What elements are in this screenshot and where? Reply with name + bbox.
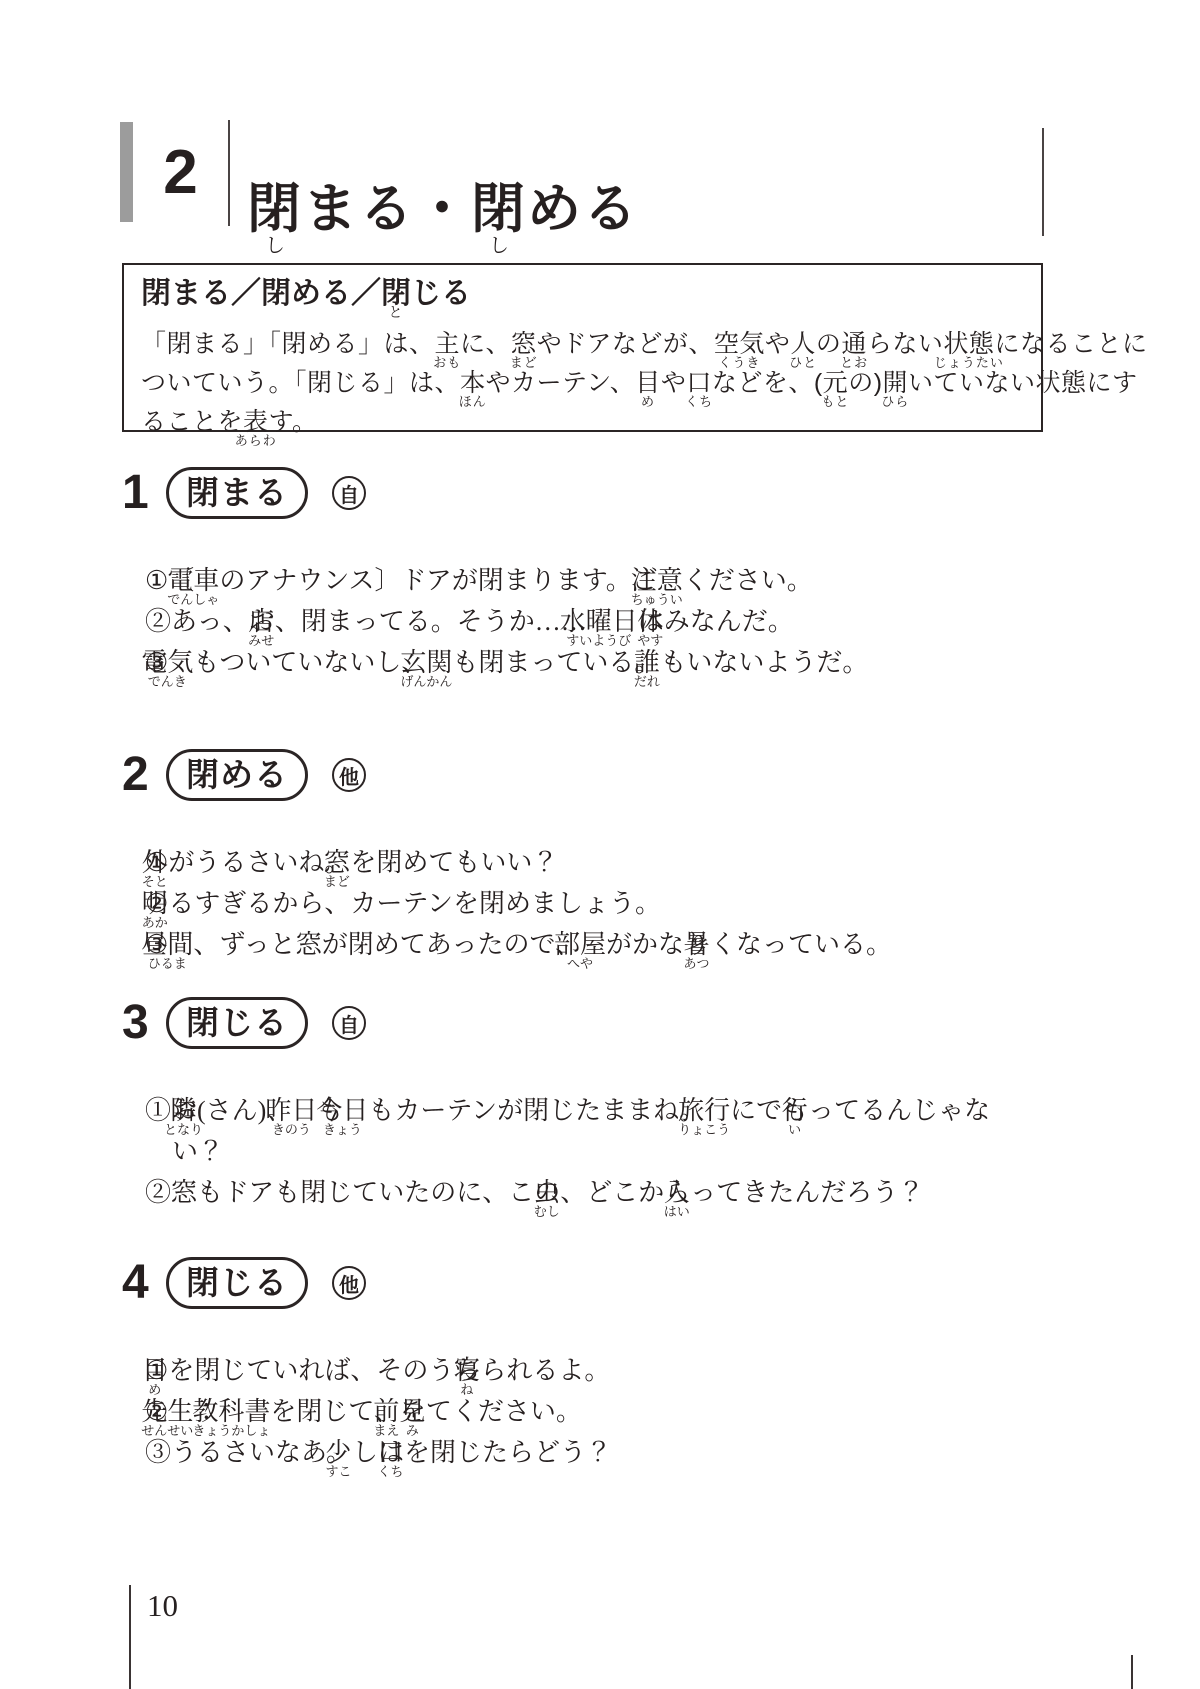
section-header: 2 閉める 他 [122, 748, 1047, 802]
verb-type-badge: 他 [332, 758, 366, 792]
textbook-page: 2 閉しまる・閉しめる 閉まる／閉める／閉とじる 「閉まる」「閉める」は、主おも… [0, 0, 1200, 1689]
furigana: くうき [718, 356, 760, 369]
example-sentence: ③電気でんきもついていないし、玄関げんかんも閉まっている。誰だれもいないようだ。 [145, 642, 1017, 683]
ruby-group: 人ひと [790, 325, 816, 364]
furigana: ちゅうい [658, 593, 683, 606]
furigana: きょう [350, 1123, 362, 1136]
section-number: 2 [122, 748, 166, 802]
ruby-group: 状態じょうたい [943, 325, 994, 364]
example-sentence: ②窓もドアも閉じていたのに、この虫むし、どこから入はいってきたんだろう？ [145, 1172, 1017, 1213]
section-header: 3 閉じる 自 [122, 996, 1047, 1050]
ruby-group: 昨日きのう [292, 1090, 317, 1131]
verb-section: 2 閉める 他 ①外そとがうるさいね。窓まどを閉めてもいい？②明あかるすぎるから… [122, 748, 1047, 965]
example-sentence: ①お隣となり(さん)、昨日きのうも今日きょうもカーテンが閉じたままね。旅行りょこ… [145, 1090, 1017, 1172]
section-header: 1 閉まる 自 [122, 466, 1047, 520]
furigana: せんせい [168, 1424, 193, 1437]
ruby-group: 水曜日すいようび [587, 601, 638, 642]
furigana: じょうたい [934, 356, 1004, 369]
example-sentence: ③うるさいなあ。少すこしは口くちを閉じたらどう？ [145, 1432, 1017, 1473]
furigana: ひるま [175, 957, 187, 970]
sentence-list: ①目めを閉じていれば、そのうち寝ねられるよ。②先生せんせい：教科書きょうかしょを… [145, 1350, 1017, 1473]
furigana: きのう [299, 1123, 311, 1136]
example-sentence: ①〔電車でんしゃのアナウンス〕ドアが閉まります。ご注意ちゅういください。 [145, 560, 1017, 601]
furigana: となり [191, 1123, 203, 1136]
ruby-group: 閉し [471, 158, 527, 260]
furigana: ほん [459, 395, 487, 408]
ruby-group: 表あらわ [243, 403, 269, 442]
furigana: まど [510, 356, 538, 369]
headword: 閉じる [166, 1257, 308, 1309]
verb-type-badge: 他 [332, 1266, 366, 1300]
ruby-group: 目め [635, 364, 661, 403]
headword: 閉まる [166, 467, 308, 519]
furigana: ひら [881, 395, 909, 408]
ruby-group: 空気くうき [714, 325, 765, 364]
furigana: め [641, 395, 655, 408]
furigana: し [265, 240, 285, 253]
example-sentence: ②あっ、お店みせ、閉まってる。そうか……水曜日すいようびは休やすみなんだ。 [145, 601, 1017, 642]
summary-box: 閉まる／閉める／閉とじる 「閉まる」「閉める」は、主おもに、窓まどやドアなどが、… [122, 263, 1043, 432]
sentence-list: ①〔電車でんしゃのアナウンス〕ドアが閉まります。ご注意ちゅういください。②あっ、… [145, 560, 1017, 683]
unit-title: 閉しまる・閉しめる [247, 158, 639, 260]
ruby-group: 閉し [247, 158, 303, 260]
section-number: 1 [122, 466, 166, 520]
summary-heading: 閉まる／閉める／閉とじる [141, 276, 1025, 312]
summary-line: ついていう。「閉じる」は、本ほんやカーテン、目めや口くちなどを、(元もとの)開ひ… [141, 364, 1025, 403]
ruby-group: 電気でんき [168, 642, 193, 683]
ruby-group: 閉と [381, 276, 411, 312]
furigana: げんかん [427, 675, 452, 688]
page-number: 10 [147, 1588, 178, 1624]
section-number: 3 [122, 996, 166, 1050]
ruby-group: 口くち [686, 364, 712, 403]
furigana: もと [821, 395, 849, 408]
verb-section: 1 閉まる 自 ①〔電車でんしゃのアナウンス〕ドアが閉まります。ご注意ちゅういく… [122, 466, 1047, 683]
ruby-group: 通とお [841, 325, 867, 364]
ruby-group: 電車でんしゃ [194, 560, 219, 601]
summary-body: 「閉まる」「閉める」は、主おもに、窓まどやドアなどが、空気くうきや人ひとの通とお… [141, 325, 1025, 442]
furigana: りょこう [705, 1123, 730, 1136]
unit-number: 2 [133, 122, 228, 224]
verb-section: 3 閉じる 自 ①お隣となり(さん)、昨日きのうも今日きょうもカーテンが閉じたま… [122, 996, 1047, 1213]
ruby-group: 玄関げんかん [427, 642, 452, 683]
section-number: 4 [122, 1256, 166, 1310]
furigana: し [489, 240, 509, 253]
header-divider [228, 120, 230, 226]
example-sentence: ①外そとがうるさいね。窓まどを閉めてもいい？ [145, 842, 1017, 883]
ruby-group: 開ひら [883, 364, 909, 403]
furigana: でんしゃ [194, 593, 219, 606]
ruby-group: 旅行りょこう [705, 1090, 730, 1131]
summary-line: 「閉まる」「閉める」は、主おもに、窓まどやドアなどが、空気くうきや人ひとの通とお… [141, 325, 1025, 364]
furigana: おも [433, 356, 461, 369]
footer-rule [129, 1585, 131, 1689]
unit-accent-bar [120, 122, 133, 222]
furigana: あらわ [235, 434, 277, 447]
ruby-group: 部屋へや [581, 924, 606, 965]
example-sentence: ②先生せんせい：教科書きょうかしょを閉じて、前まえを見みてください。 [145, 1391, 1017, 1432]
ruby-group: 先生せんせい [168, 1391, 193, 1432]
verb-type-badge: 自 [332, 1006, 366, 1040]
ruby-group: 元もと [823, 364, 849, 403]
bottom-right-rule [1131, 1655, 1133, 1689]
sentence-list: ①お隣となり(さん)、昨日きのうも今日きょうもカーテンが閉じたままね。旅行りょこ… [145, 1090, 1017, 1213]
verb-section: 4 閉じる 他 ①目めを閉じていれば、そのうち寝ねられるよ。②先生せんせい：教科… [122, 1256, 1047, 1473]
ruby-group: 今日きょう [343, 1090, 368, 1131]
ruby-group: 昼間ひるま [168, 924, 193, 965]
ruby-group: 本ほん [460, 364, 486, 403]
example-sentence: ①目めを閉じていれば、そのうち寝ねられるよ。 [145, 1350, 1017, 1391]
section-header: 4 閉じる 他 [122, 1256, 1047, 1310]
furigana: きょうかしょ [219, 1424, 270, 1437]
ruby-group: 教科書きょうかしょ [219, 1391, 270, 1432]
verb-type-badge: 自 [332, 476, 366, 510]
headword: 閉じる [166, 997, 308, 1049]
furigana: でんき [175, 675, 187, 688]
furigana: ひと [789, 356, 817, 369]
furigana: すいようび [593, 634, 631, 647]
ruby-group: 主おも [435, 325, 461, 364]
ruby-group: 注意ちゅうい [658, 560, 683, 601]
headword: 閉める [166, 749, 308, 801]
furigana: くち [685, 395, 713, 408]
header-right-rule [1042, 128, 1044, 236]
furigana: と [389, 306, 404, 319]
example-sentence: ②明あかるすぎるから、カーテンを閉めましょう。 [145, 883, 1017, 924]
ruby-group: 窓まど [511, 325, 537, 364]
example-sentence: ③昼間ひるま、ずっと窓が閉めてあったので、部屋へやがかなり暑あつくなっている。 [145, 924, 1017, 965]
sentence-list: ①外そとがうるさいね。窓まどを閉めてもいい？②明あかるすぎるから、カーテンを閉め… [145, 842, 1017, 965]
